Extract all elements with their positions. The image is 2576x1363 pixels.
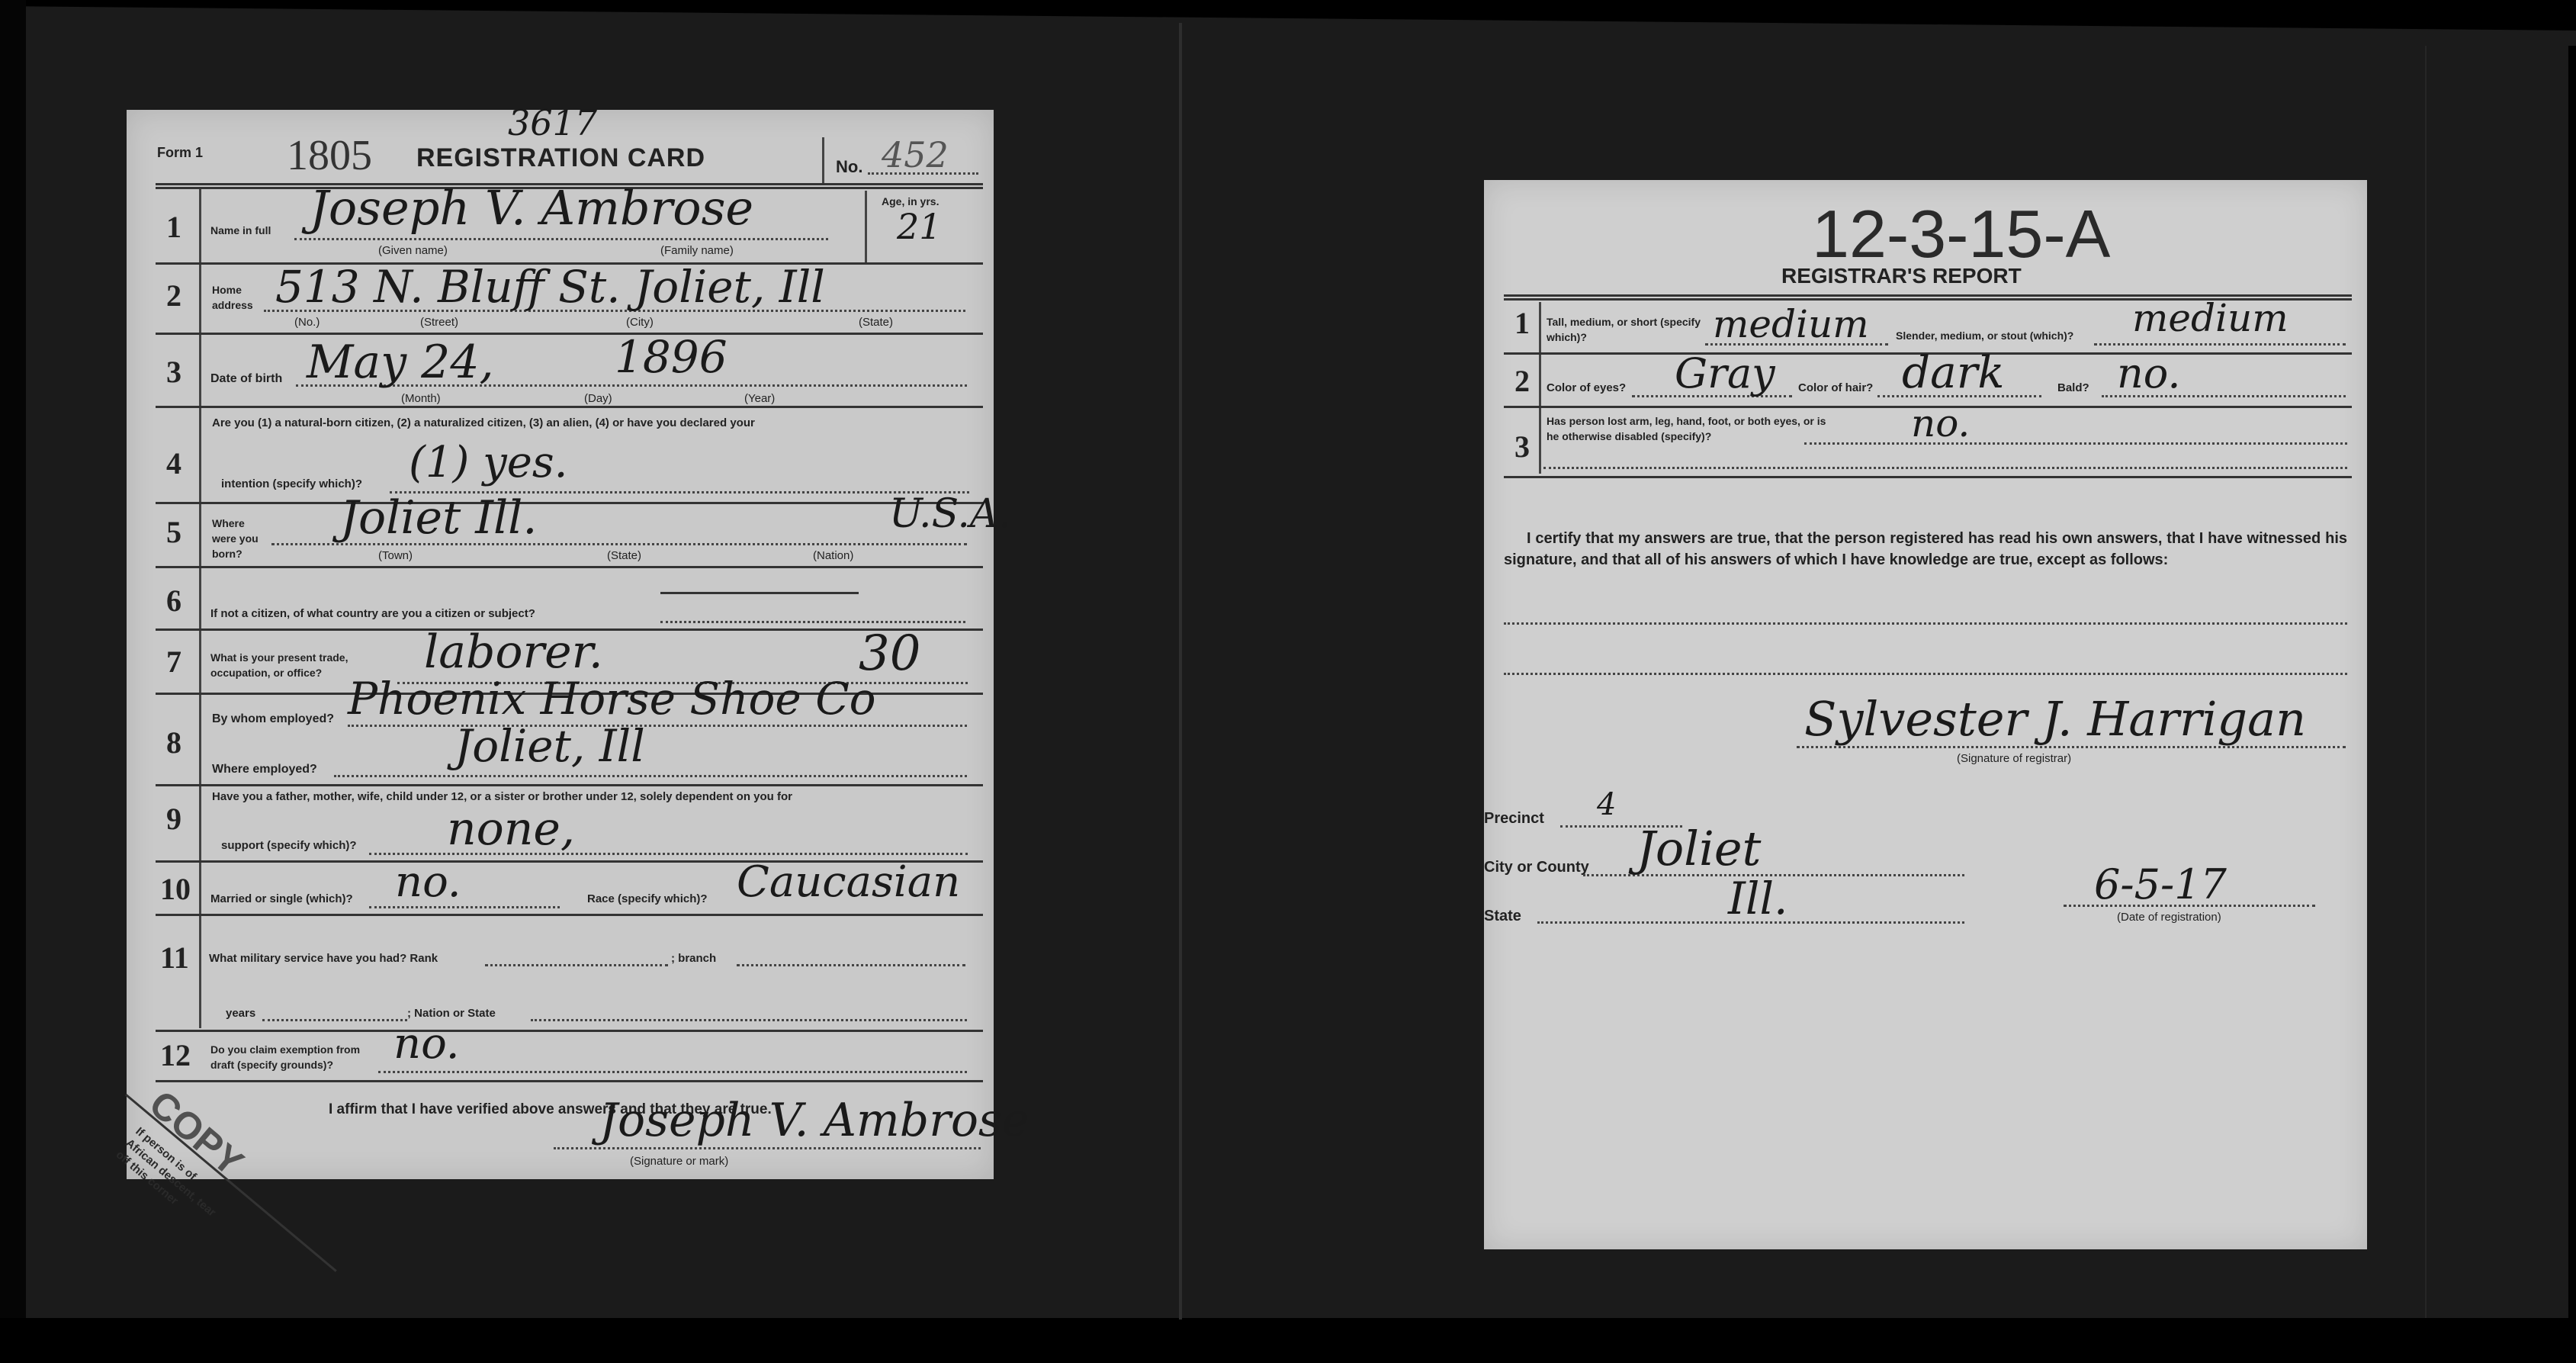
row-rule — [156, 1080, 983, 1082]
years-line — [262, 1019, 407, 1021]
employment-place-value: Joliet, Ill — [454, 720, 645, 772]
rank-line — [485, 964, 668, 966]
registration-date-value: 6-5-17 — [2094, 860, 2227, 908]
caption-year: (Year) — [744, 392, 775, 405]
row-number: 1 — [166, 209, 181, 245]
registration-date-caption: (Date of registration) — [2117, 911, 2221, 924]
caption-city: (City) — [626, 316, 654, 329]
dependents-value: none, — [447, 802, 575, 856]
exemption-value: no. — [393, 1019, 460, 1069]
employer-line — [348, 725, 967, 727]
city-label: City or County — [1484, 859, 1589, 876]
home-address-value: 513 N. Bluff St. Joliet, Ill — [275, 261, 825, 313]
caption-street: (Street) — [420, 316, 458, 329]
row-number: 7 — [166, 644, 181, 680]
home-address-label: Home address — [212, 282, 258, 313]
caption-state: (State) — [607, 549, 641, 562]
occupation-value: laborer. — [424, 625, 603, 679]
scan-border-top — [0, 0, 2576, 31]
foreign-citizenship-dash — [660, 592, 859, 594]
family-name-caption: (Family name) — [660, 244, 734, 257]
height-label: Tall, medium, or short (specify which)? — [1547, 314, 1722, 345]
employer-label: By whom employed? — [212, 712, 334, 726]
given-name-caption: (Given name) — [378, 244, 448, 257]
citizenship-question: Are you (1) a natural-born citizen, (2) … — [212, 416, 755, 429]
row-number: 10 — [160, 871, 191, 907]
military-rank-label: What military service have you had? Rank — [209, 952, 438, 965]
row-number: 11 — [160, 940, 189, 976]
eye-color-label: Color of eyes? — [1547, 381, 1626, 394]
military-nation-label: ; Nation or State — [407, 1007, 496, 1020]
no-value: 452 — [882, 134, 949, 175]
card-title: REGISTRATION CARD — [416, 143, 705, 173]
employment-place-line — [334, 775, 967, 777]
birthplace-label: Where were you born? — [212, 516, 265, 561]
employment-place-label: Where employed? — [212, 763, 317, 776]
height-value: medium — [1713, 302, 1869, 346]
caption-month: (Month) — [401, 392, 441, 405]
row-rule — [156, 1030, 983, 1032]
registrars-report-card: 12-3-15-A REGISTRAR'S REPORT 1 Tall, med… — [1484, 180, 2367, 1249]
row-number: 9 — [166, 801, 181, 837]
foreign-citizenship-line — [660, 621, 965, 623]
disability-line-2 — [1543, 467, 2347, 469]
military-years-label: years — [226, 1007, 255, 1020]
serial-code: 12-3-15-A — [1812, 195, 2110, 273]
row-rule — [156, 502, 983, 504]
city-value: Joliet — [1636, 821, 1761, 876]
race-value: Caucasian — [737, 857, 960, 907]
bald-label: Bald? — [2057, 381, 2089, 394]
hair-color-value: dark — [1902, 346, 2005, 398]
row-number: 6 — [166, 583, 181, 619]
bald-value: no. — [2117, 349, 2181, 397]
film-scratch — [2425, 46, 2427, 1318]
precinct-label: Precinct — [1484, 810, 1544, 828]
number-column-rule — [199, 189, 201, 1028]
dob-year-value: 1896 — [615, 331, 728, 383]
age-value: 21 — [897, 206, 942, 247]
row-number: 5 — [166, 514, 181, 550]
name-value: Joseph V. Ambrose — [310, 180, 753, 236]
signature-line — [554, 1147, 981, 1149]
race-label: Race (specify which)? — [587, 892, 708, 905]
signature-caption: (Signature or mark) — [630, 1155, 728, 1168]
exceptions-line-1 — [1504, 622, 2347, 625]
certification-text: I certify that my answers are true, that… — [1504, 528, 2347, 571]
employer-value: Phoenix Horse Shoe Co — [348, 673, 876, 725]
exceptions-line-2 — [1504, 673, 2347, 675]
age-divider — [865, 191, 867, 264]
military-branch-label: ; branch — [671, 952, 716, 965]
report-title: REGISTRAR'S REPORT — [1781, 264, 2022, 288]
caption-day: (Day) — [584, 392, 612, 405]
row-number: 4 — [166, 445, 181, 481]
hair-color-label: Color of hair? — [1798, 381, 1873, 394]
registrant-signature: Joseph V. Ambrose — [599, 1094, 1029, 1147]
dob-month-value: May 24, — [307, 336, 494, 389]
row-number: 3 — [166, 354, 181, 390]
no-label: No. — [836, 157, 862, 177]
scan-border-left — [0, 0, 26, 1363]
dependents-question: Have you a father, mother, wife, child u… — [212, 790, 792, 803]
row-rule — [156, 914, 983, 916]
state-value: Ill. — [1728, 873, 1787, 924]
birthplace-nation-value: U.S.A. — [889, 491, 1011, 537]
form-label: Form 1 — [157, 145, 203, 161]
serial-overwrite: 3617 — [508, 102, 597, 143]
birthplace-town-value: Joliet Ill. — [340, 491, 537, 545]
serial-number: 1805 — [287, 131, 372, 180]
registrar-signature: Sylvester J. Harrigan — [1804, 691, 2306, 747]
scan-border-bottom — [0, 1318, 2576, 1363]
disability-label: Has person lost arm, leg, hand, foot, or… — [1547, 413, 1836, 444]
foreign-citizenship-question: If not a citizen, of what country are yo… — [210, 607, 535, 620]
registration-card: Form 1 1805 3617 REGISTRATION CARD No. 4… — [127, 110, 994, 1179]
marital-status-value: no. — [395, 857, 461, 907]
citizenship-question-cont: intention (specify which)? — [221, 477, 362, 490]
dependents-question-cont: support (specify which)? — [221, 839, 357, 852]
row-number: 2 — [1514, 363, 1530, 399]
caption-town: (Town) — [378, 549, 413, 562]
row-number: 8 — [166, 725, 181, 760]
row-rule — [156, 784, 983, 786]
caption-nation: (Nation) — [813, 549, 853, 562]
date-of-birth-label: Date of birth — [210, 372, 282, 386]
row-rule — [156, 333, 983, 335]
exemption-label: Do you claim exemption from draft (speci… — [210, 1042, 386, 1072]
row-number: 1 — [1514, 305, 1530, 341]
nation-line — [531, 1019, 967, 1021]
number-column-rule — [1539, 302, 1541, 474]
caption-state: (State) — [859, 316, 893, 329]
build-line — [2094, 343, 2346, 346]
row-number: 12 — [160, 1037, 191, 1073]
exemption-line — [378, 1071, 967, 1073]
header-divider — [822, 137, 824, 183]
registrar-signature-caption: (Signature of registrar) — [1957, 752, 2071, 765]
state-label: State — [1484, 908, 1521, 925]
row-number: 3 — [1514, 429, 1530, 465]
citizenship-value: (1) yes. — [409, 438, 567, 487]
branch-line — [737, 964, 965, 966]
page-divider — [1179, 23, 1182, 1320]
build-value: medium — [2132, 296, 2289, 340]
scan-border-right — [2568, 46, 2576, 1318]
eye-color-value: Gray — [1675, 349, 1775, 397]
marital-status-label: Married or single (which)? — [210, 892, 353, 905]
row-rule — [156, 566, 983, 568]
disability-line — [1804, 442, 2347, 445]
caption-no: (No.) — [294, 316, 320, 329]
row-rule — [156, 406, 983, 408]
name-line — [294, 238, 828, 240]
disability-value: no. — [1911, 401, 1970, 445]
row-rule — [1504, 476, 2352, 478]
name-label: Name in full — [210, 224, 271, 236]
row-number: 2 — [166, 278, 181, 313]
precinct-value: 4 — [1597, 787, 1616, 822]
build-label: Slender, medium, or stout (which)? — [1896, 329, 2073, 342]
